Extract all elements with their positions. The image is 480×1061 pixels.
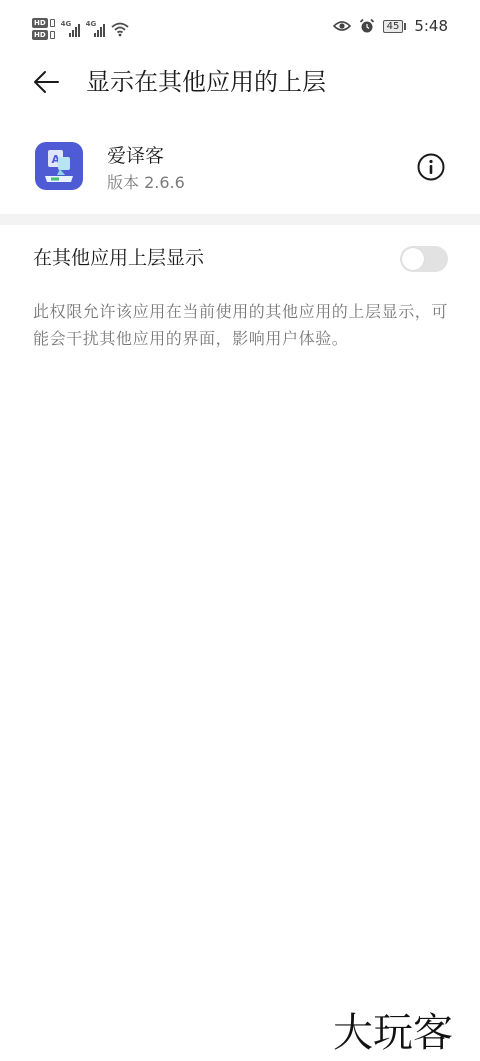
- translate-app-icon: A: [35, 142, 83, 190]
- alarm-icon: [359, 18, 375, 34]
- battery-level: 45: [383, 20, 404, 33]
- app-info-row: A 爱译客 版本 2.6.6: [0, 120, 480, 214]
- hd-badge-sim2: HD: [32, 30, 48, 40]
- top-app-bar: 显示在其他应用的上层: [0, 50, 480, 114]
- permission-description: 此权限允许该应用在当前使用的其他应用的上层显示，可能会干扰其他应用的界面，影响用…: [33, 298, 453, 352]
- sim-icon: [50, 19, 55, 27]
- status-bar-right: 45 5:48: [333, 17, 448, 35]
- overlay-permission-row[interactable]: 在其他应用上层显示: [0, 232, 480, 284]
- eye-icon: [333, 20, 351, 32]
- status-bar-left: HD HD 4G 4G: [32, 15, 129, 43]
- network-type-2: 4G: [86, 20, 97, 28]
- network-type-1: 4G: [61, 20, 72, 28]
- sim-icon: [50, 31, 55, 39]
- hd-indicators: HD HD: [32, 18, 55, 40]
- overlay-permission-label: 在其他应用上层显示: [33, 245, 204, 271]
- signal-icon: 4G: [86, 21, 105, 37]
- wifi-icon: [111, 21, 129, 37]
- section-divider: [0, 214, 480, 225]
- switch-knob: [402, 248, 424, 270]
- clock: 5:48: [414, 17, 448, 35]
- hd-icon: HD: [32, 18, 55, 28]
- hd-badge-sim1: HD: [32, 18, 48, 28]
- hd-icon: HD: [32, 30, 55, 40]
- back-button[interactable]: [28, 64, 64, 100]
- app-version: 版本 2.6.6: [107, 172, 185, 194]
- app-name: 爱译客: [107, 144, 164, 168]
- status-bar: HD HD 4G 4G: [0, 0, 480, 50]
- app-info-button[interactable]: [416, 152, 446, 182]
- info-circle-icon: [416, 152, 446, 182]
- battery-icon: 45: [383, 20, 407, 33]
- signal-icon: 4G: [61, 21, 80, 37]
- page-title: 显示在其他应用的上层: [86, 66, 326, 98]
- watermark: 大玩客: [333, 1008, 453, 1058]
- arrow-left-icon: [32, 68, 60, 96]
- overlay-permission-switch[interactable]: [400, 246, 448, 272]
